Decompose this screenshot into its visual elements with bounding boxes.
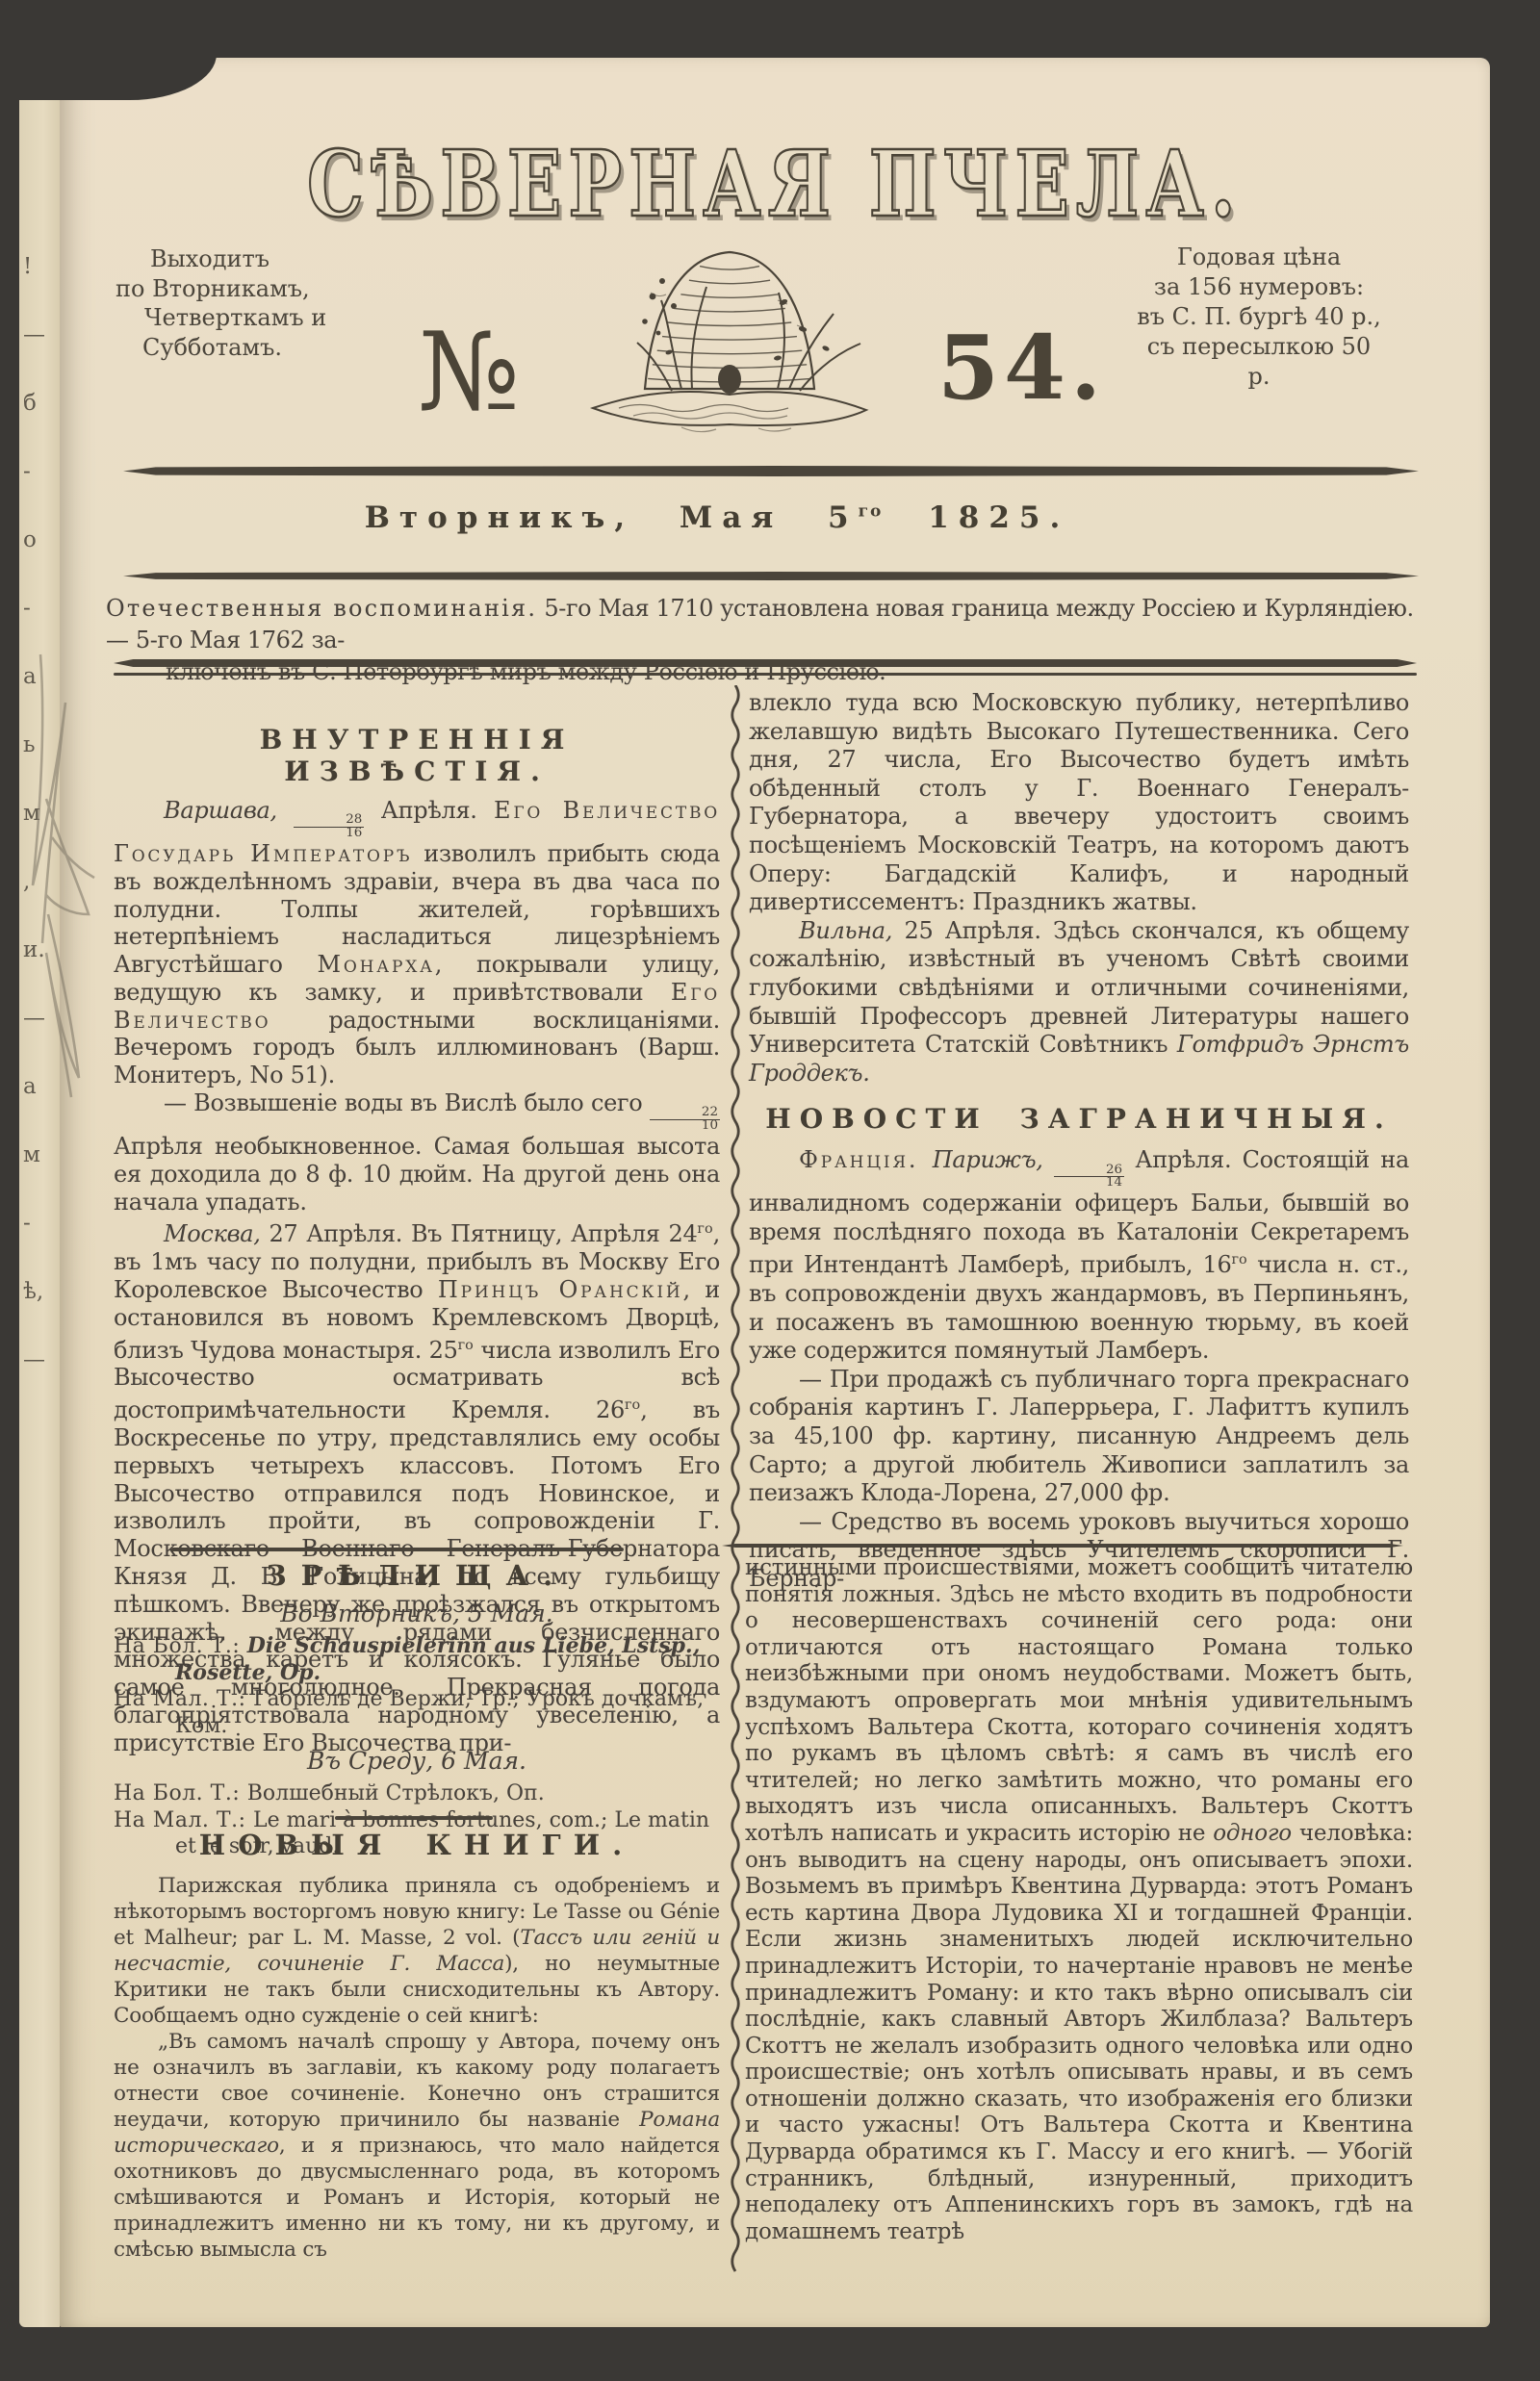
header-double-rule [114,659,1417,676]
weekday: Вторникъ, [365,500,634,535]
article-vilna: Вильна, 25 Апрѣля. Здѣсь скончался, къ о… [749,917,1409,1088]
photo-corner-shadow [0,0,217,100]
anniversary-note-lead: Отечественныя воспоминанія. [106,595,537,622]
beehive-vignette [537,244,922,447]
book-review-intro: Парижская публика приняла съ одобреніемъ… [114,1873,720,2029]
book-review-quote: „Въ самомъ началѣ спрошу у Автора, почем… [114,2029,720,2263]
date-line: Вторникъ, Мая 5го 1825. [60,500,1374,535]
article-france-paris: Франція. Парижъ, 2614 Апрѣля. Состоящій … [749,1146,1409,1365]
previous-page-text-fragments: !—б-о-аьм,и.—ам-ѣ,— [23,254,56,1416]
masthead-rule [123,466,1419,476]
previous-page-edge: !—б-о-аьм,и.—ам-ѣ,— [19,81,60,2327]
playbill-line: На Бол. Т.: Die Schauspielerinn aus Lieb… [114,1633,720,1686]
publication-schedule: Выходитъпо Вторникамъ,Четверткамъ иСуббо… [115,244,326,362]
subscription-price: Годовая цѣназа 156 нумеровъ:въ С. П. бур… [1136,243,1382,392]
right-column: влекло туда всю Московскую публику, нете… [749,689,1409,1594]
playbill-line: На Бол. Т.: Волшебный Стрѣлокъ, Оп. [114,1780,720,1807]
column-divider [728,685,743,2273]
month: Мая [680,500,783,535]
article-warsaw: Варшава, 2816 Апрѣля. Его Величество Гос… [114,797,720,1089]
section-heading-foreign-news: НОВОСТИ ЗАГРАНИЧНЫЯ. [749,1103,1409,1135]
section-rule [335,1816,493,1820]
year: 1825. [928,500,1069,535]
playbill-line: На Мал. Т.: Габріель де Вержи, Тр.; Урок… [114,1686,720,1739]
newspaper-title: СѢВЕРНАЯ ПЧЕЛА. [307,131,1243,238]
section-heading-spectacles: ЗРѢЛИЩА. [114,1559,720,1592]
masthead: СѢВЕРНАЯ ПЧЕЛА. [60,131,1490,238]
section-heading-new-books: НОВЫЯ КНИГИ. [114,1829,720,1861]
dateline-rule [123,572,1419,580]
issue-number: 54. [937,316,1106,420]
book-review-continued: истинными происшествіями, можетъ сообщит… [745,1555,1413,2245]
article-moscow-continued: влекло туда всю Московскую публику, нете… [749,689,1409,917]
playbill-day-2: Въ Среду, 6 Мая. [114,1747,720,1775]
section-rule [171,1548,624,1551]
playbill-day-1: Во Вторникъ, 5 Мая. [114,1600,720,1627]
new-books-section: НОВЫЯ КНИГИ. Парижская публика приняла с… [114,1829,720,2263]
article-art-auction: — При продажѣ съ публичнаго торга прекра… [749,1366,1409,1508]
section-rule [722,1544,1403,1548]
section-heading-domestic-news: ВНУТРЕННІЯ ИЗВѢСТІЯ. [114,724,720,787]
newspaper-page: СѢВЕРНАЯ ПЧЕЛА. Выходитъпо Вторникамъ,Че… [60,58,1490,2327]
issue-number-sign: № [418,310,520,435]
spectacles-section: ЗРѢЛИЩА. Во Вторникъ, 5 Мая. На Бол. Т.:… [114,1559,720,1860]
article-vistula-flood: — Возвышеніе воды въ Вислѣ было сего 221… [114,1089,720,1216]
day: 5го [828,500,883,535]
photo-backdrop: !—б-о-аьм,и.—ам-ѣ,— СѢВЕРНАЯ ПЧЕЛА. Выхо… [0,0,1540,2381]
day-suffix: го [859,502,884,522]
